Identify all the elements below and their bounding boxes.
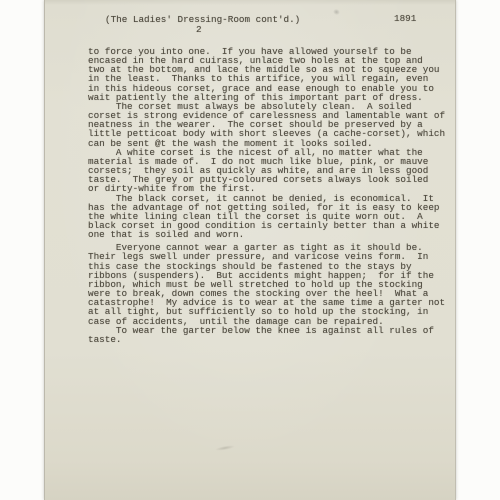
body-text: to force you into one. If you have allow… (88, 47, 445, 344)
text-line: one that is soiled and worn. (88, 230, 445, 239)
paper-crease (215, 444, 235, 451)
paragraph: The corset must always be absolutely cle… (88, 102, 445, 148)
page-header-title: (The Ladies' Dressing-Room cont'd.) (105, 15, 300, 24)
paragraph: to force you into one. If you have allow… (88, 47, 445, 102)
ink-smudge (332, 8, 341, 16)
paragraph: To wear the garter below the knee is aga… (88, 326, 445, 344)
text-line: To wear the garter below the knee is aga… (88, 326, 445, 335)
paragraph: A white corset is the nicest of all, no … (88, 148, 445, 194)
page-header-year: 1891 (394, 14, 416, 23)
paragraph: Everyone cannot wear a garter as tight a… (88, 243, 445, 325)
page-number: 2 (196, 25, 202, 34)
text-line: taste. (88, 335, 445, 344)
document-page: (The Ladies' Dressing-Room cont'd.) 1891… (44, 0, 456, 500)
scanned-document: (The Ladies' Dressing-Room cont'd.) 1891… (0, 0, 500, 500)
paragraph: The black corset, it cannot be denied, i… (88, 194, 445, 240)
